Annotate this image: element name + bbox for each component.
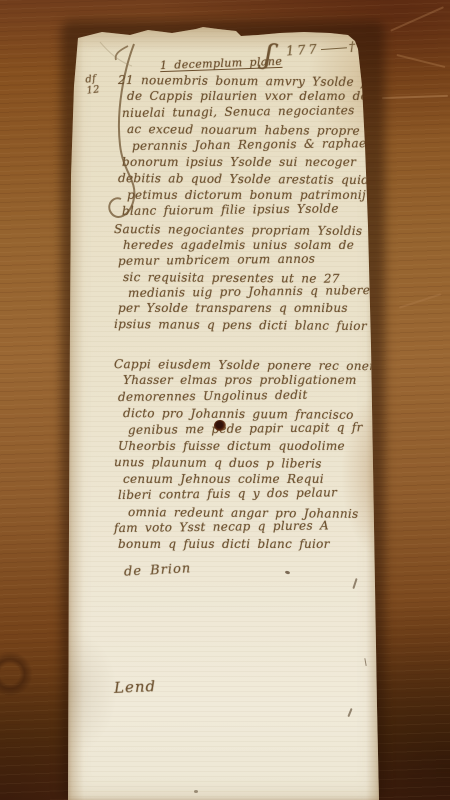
ink-speck: [194, 790, 198, 793]
stray-fiber-mark: [352, 578, 357, 589]
margin-mark-bottom: 12: [86, 84, 100, 96]
manuscript-paper: 177 † 1 decemplum plane ʃ df 12 21 nouem…: [68, 26, 380, 800]
manuscript-line: Uheorbis fuisse dictum quodolime: [118, 438, 383, 454]
manuscript-line: bonum q fuius dicti blanc fuior: [118, 536, 383, 552]
worm-hole: [214, 420, 226, 431]
manuscript-line: niuelai tunagi, Senuca negociantes: [122, 102, 386, 122]
manuscript-line: fam voto Ysst necap q plures A: [114, 517, 383, 537]
wood-scratch: [397, 54, 446, 68]
manuscript-line: unus plaunum q duos p liberis: [114, 454, 383, 473]
manuscript-line: ipsius manus q pens dicti blanc fuior: [114, 317, 370, 335]
ink-speck: [285, 570, 291, 574]
archive-number: 177 †: [286, 39, 359, 59]
manuscript-line: blanc fuiorum filie ipsius Ysolde: [122, 200, 386, 220]
archive-number-digits: 177: [286, 42, 321, 59]
paragraph-2: Sauctis negociantes propriam Ysoldishere…: [114, 222, 370, 333]
paragraph-1: 21 nouembris bonum amvry Ysolde filiade …: [118, 72, 386, 220]
wood-knot: [0, 652, 34, 696]
manuscript-line: bonorum ipsius Ysolde sui necoger: [122, 154, 386, 170]
stray-fiber-mark: [364, 658, 367, 666]
wood-grain-highlight: [382, 95, 448, 99]
manuscript-line: pemur umbricem orum annos: [118, 251, 370, 270]
manuscript-line: genibus me pede papir ucapit q fr: [128, 418, 383, 438]
docket-word: Lend: [114, 677, 157, 697]
manuscript-line: 21 nouembris bonum amvry Ysolde filia: [118, 72, 386, 90]
wood-scratch: [390, 6, 444, 31]
manuscript-line: demorennes Ungolinus dedit: [118, 386, 383, 406]
archive-number-stroke: [321, 47, 347, 50]
wood-scratch: [399, 293, 441, 308]
signoff: de Brion: [124, 561, 192, 580]
manuscript-line: per Ysolde transparens q omnibus: [118, 301, 370, 317]
manuscript-line: Sauctis negociantes propriam Ysoldis: [114, 222, 370, 240]
manuscript-line: debitis ab quod Ysolde arestatis quid: [118, 170, 386, 188]
manuscript-line: medianis uig pro Johannis q nubere: [128, 283, 370, 302]
manuscript-line: liberi contra fuis q y dos pelaur: [118, 484, 383, 504]
paragraph-3: Cappi eiusdem Ysolde ponere rec oneraYha…: [114, 356, 383, 553]
manuscript-line: perannis Johan Rengonis & raphaelis: [132, 134, 386, 153]
manuscript-line: Cappi eiusdem Ysolde ponere rec onera: [114, 356, 383, 375]
margin-mark: df 12: [85, 73, 101, 96]
stray-fiber-mark: [347, 708, 352, 717]
